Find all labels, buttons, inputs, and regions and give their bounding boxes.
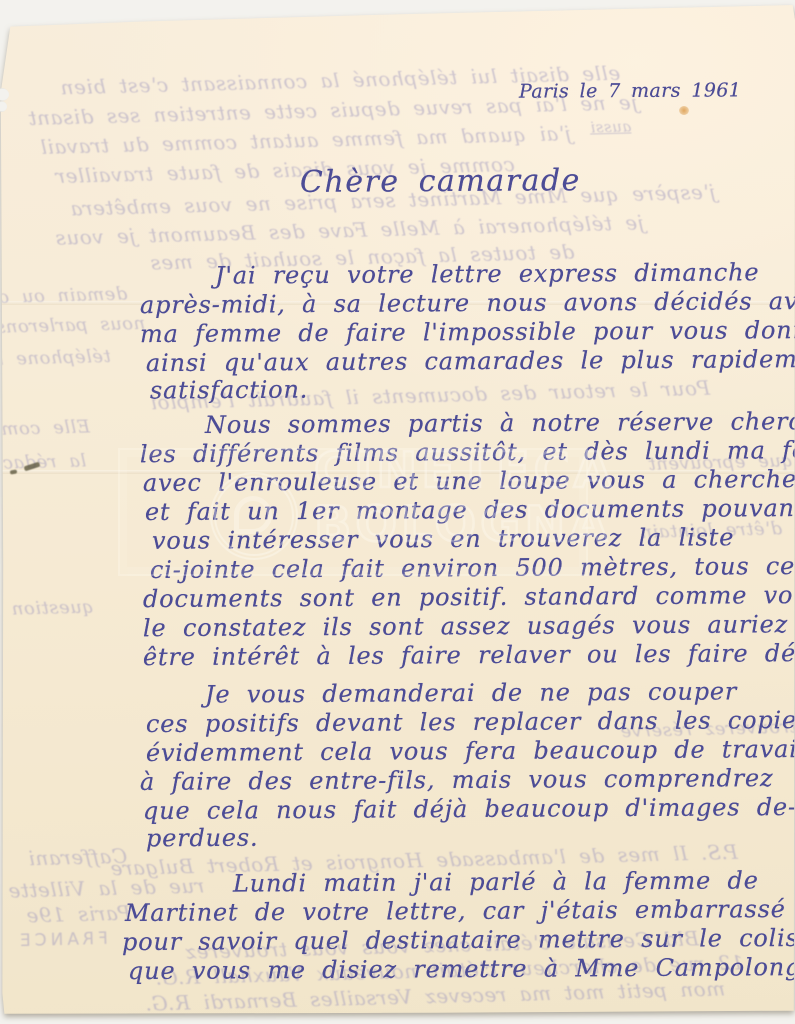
ghost-address-line: Cafferani: [28, 844, 128, 871]
letter-line: vous intéresser vous en trouverez la lis…: [152, 523, 734, 555]
letter-line: les différents films aussitôt, et dès lu…: [140, 436, 795, 468]
letter-line: avec l'enrouleuse et une loupe vous a ch…: [143, 465, 795, 497]
letter-date: Paris le 7 mars 1961: [519, 79, 741, 102]
ghost-fragment: nous parlerons lesquels: [0, 313, 145, 340]
letter-line: Martinet de votre lettre, car j'étais em…: [125, 895, 786, 927]
letter-line: à faire des entre-fils, mais vous compre…: [140, 764, 774, 796]
scanned-letter-page: { "document": { "date_line": "Paris le 7…: [0, 0, 795, 1024]
letter-line: perdues.: [146, 824, 259, 853]
letter-line: que vous me disiez remettre à Mme Campol…: [128, 953, 795, 985]
letter-line: ci-jointe cela fait environ 500 mètres, …: [150, 552, 795, 584]
letter-line: Nous sommes partis à notre réserve cherc…: [205, 407, 795, 439]
letter-line: évidemment cela vous fera beaucoup de tr…: [146, 735, 795, 767]
letter-paper: elle disait lui téléphoné la connaissant…: [0, 0, 795, 1024]
letter-line: ces positifs devant les replacer dans le…: [146, 706, 795, 738]
letter-line: que cela nous fait déjà beaucoup d'image…: [143, 793, 795, 825]
letter-line: J'ai reçu votre lettre express dimanche: [215, 258, 760, 289]
letter-line: Lundi matin j'ai parlé à la femme de: [233, 866, 759, 897]
ghost-address-line: FRANCE: [16, 929, 108, 951]
ghost-fragment: question du: [0, 596, 94, 620]
ghost-address-line: Paris 19e: [26, 901, 131, 928]
letter-line: ainsi qu'aux autres camarades le plus ra…: [146, 345, 795, 377]
letter-line: être intérêt à les faire relaver ou les …: [143, 639, 795, 671]
letter-line: le constatez ils sont assez usagés vous …: [143, 610, 795, 642]
letter-line: et fait un 1er montage des documents pou…: [145, 494, 795, 526]
letter-salutation: Chère camarade: [300, 163, 581, 200]
ink-stain: [679, 106, 689, 115]
letter-paper-wrap: elle disait lui téléphoné la connaissant…: [0, 0, 795, 1024]
letter-line: après-midi, à sa lecture nous avons déci…: [140, 287, 795, 319]
letter-line: Je vous demanderai de ne pas couper: [205, 677, 737, 708]
ghost-fragment: demain ou ordonne: [0, 283, 128, 309]
ghost-fragment: téléphone le 15: [0, 346, 111, 371]
letter-line: documents sont en positif. standard comm…: [143, 581, 795, 613]
letter-line: satisfaction.: [150, 376, 308, 405]
letter-line: ma femme de faire l'impossible pour vous…: [140, 316, 795, 348]
letter-line: pour savoir quel destinataire mettre sur…: [122, 924, 795, 956]
ghost-fragment: Elle compté: [0, 416, 90, 440]
ghost-insert-word: aussi: [590, 117, 632, 136]
